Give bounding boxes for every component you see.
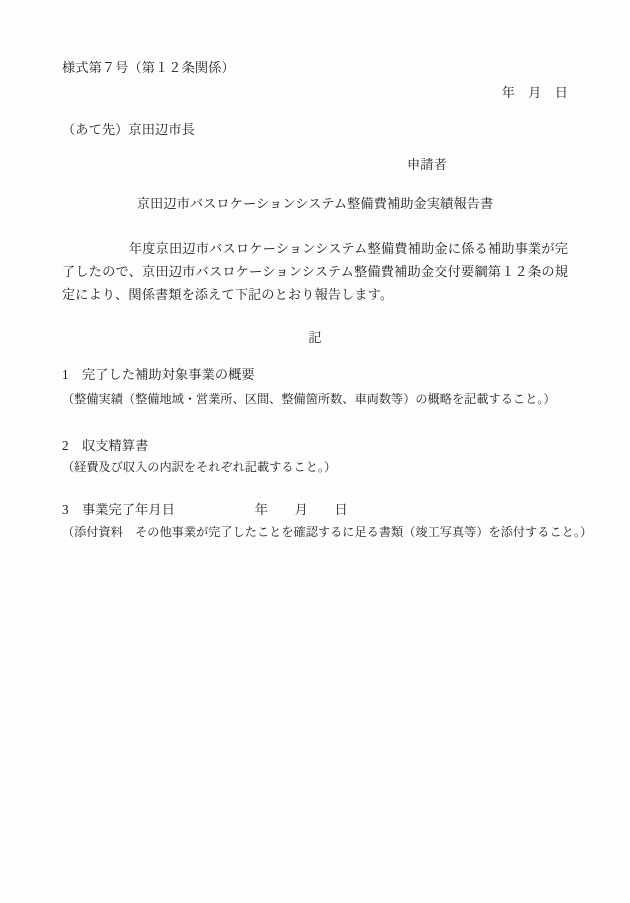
form-number: 様式第７号（第１２条関係） [62,59,568,76]
item-2-note: （経費及び収入の内訳をそれぞれ記載すること。） [62,459,602,476]
document-title: 京田辺市バスロケーションシステム整備費補助金実績報告書 [62,195,568,212]
item-2-heading: 2 収支精算書 [62,437,568,454]
record-marker: 記 [62,329,568,346]
body-line-2: 了したので、京田辺市バスロケーションシステム整備費補助金交付要綱第１２条の規 [62,263,568,280]
item-3-note: （添付資料 その他事業が完了したことを確認するに足る書類（竣工写真等）を添付する… [62,524,602,541]
item-1-note: （整備実績（整備地域・営業所、区間、整備箇所数、車両数等）の概略を記載すること。… [62,391,602,408]
item-3-heading: 3 事業完了年月日 年 月 日 [62,501,568,518]
addressee-line: （あて先）京田辺市長 [62,121,568,138]
date-placeholder: 年 月 日 [62,84,568,101]
body-line-3: 定により、関係書類を添えて下記のとおり報告します。 [62,286,568,303]
body-line-1: 年度京田辺市バスロケーションシステム整備費補助金に係る補助事業が完 [62,240,568,257]
item-1-heading: 1 完了した補助対象事業の概要 [62,366,568,383]
document-page: 様式第７号（第１２条関係） 年 月 日 （あて先）京田辺市長 申請者 京田辺市バ… [0,0,630,903]
applicant-label: 申請者 [407,156,567,173]
